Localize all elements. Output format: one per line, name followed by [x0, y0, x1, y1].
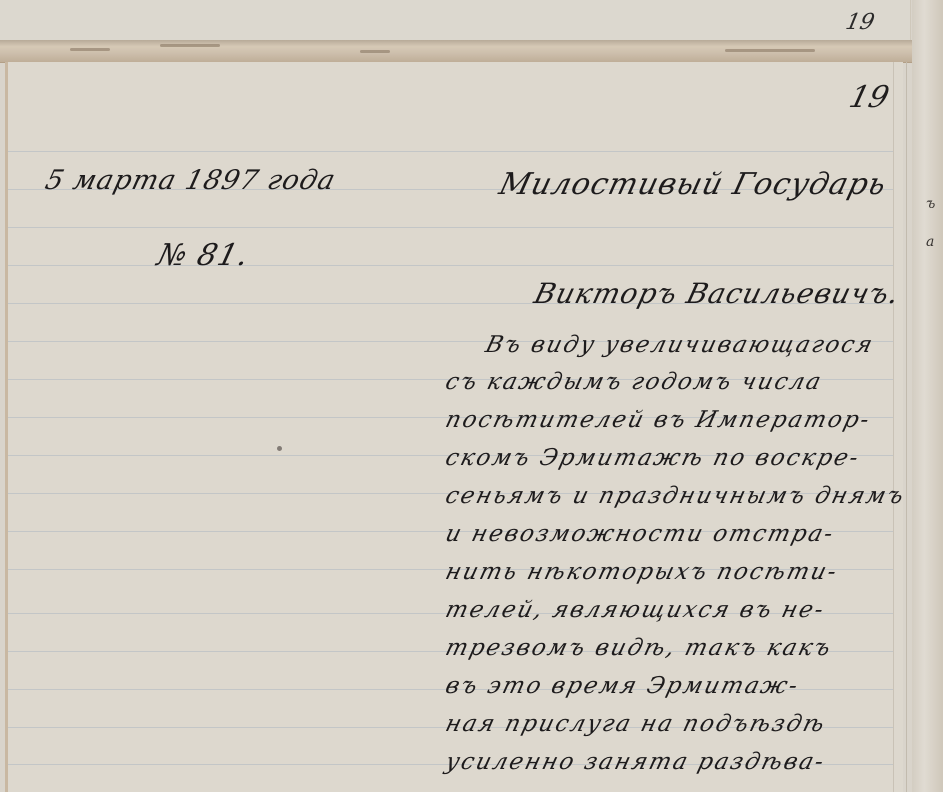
edge-fragment: а — [926, 234, 934, 250]
body-line: усиленно занята раздѣва- — [443, 749, 828, 775]
body-line: скомъ Эрмитажѣ по воскре- — [443, 445, 863, 471]
body-line: ная прислуга на подъѣздѣ — [443, 711, 829, 737]
underlying-folio-number: 19 — [843, 10, 876, 35]
salutation: Милостивый Государь — [496, 167, 891, 202]
body-line: телей, являющихся въ не- — [443, 597, 828, 623]
edge-fragment: ъ — [926, 196, 935, 212]
body-line: въ это время Эрмитаж- — [443, 673, 802, 699]
margin-line — [893, 62, 894, 792]
body-line: трезвомъ видѣ, такъ какъ — [443, 635, 835, 661]
body-line: сеньямъ и праздничнымъ днямъ — [443, 483, 908, 509]
body-line: нить нѣкоторыхъ посѣти- — [443, 559, 841, 585]
ink-spot — [277, 446, 282, 451]
addressee-name: Викторъ Васильевичъ. — [531, 277, 903, 310]
torn-binding-strip — [0, 40, 912, 63]
margin-line — [906, 62, 907, 792]
letter-date: 5 марта 1897 года — [42, 165, 339, 196]
adjacent-page-edge: ъ а — [912, 0, 943, 792]
letter-number: № 81. — [154, 238, 253, 273]
body-line: и невозможности отстра- — [443, 521, 838, 547]
body-line: Въ виду увеличивающагося — [483, 332, 877, 358]
body-line: посѣтителей въ Император- — [443, 407, 874, 433]
body-line: съ каждымъ годомъ числа — [443, 369, 826, 395]
